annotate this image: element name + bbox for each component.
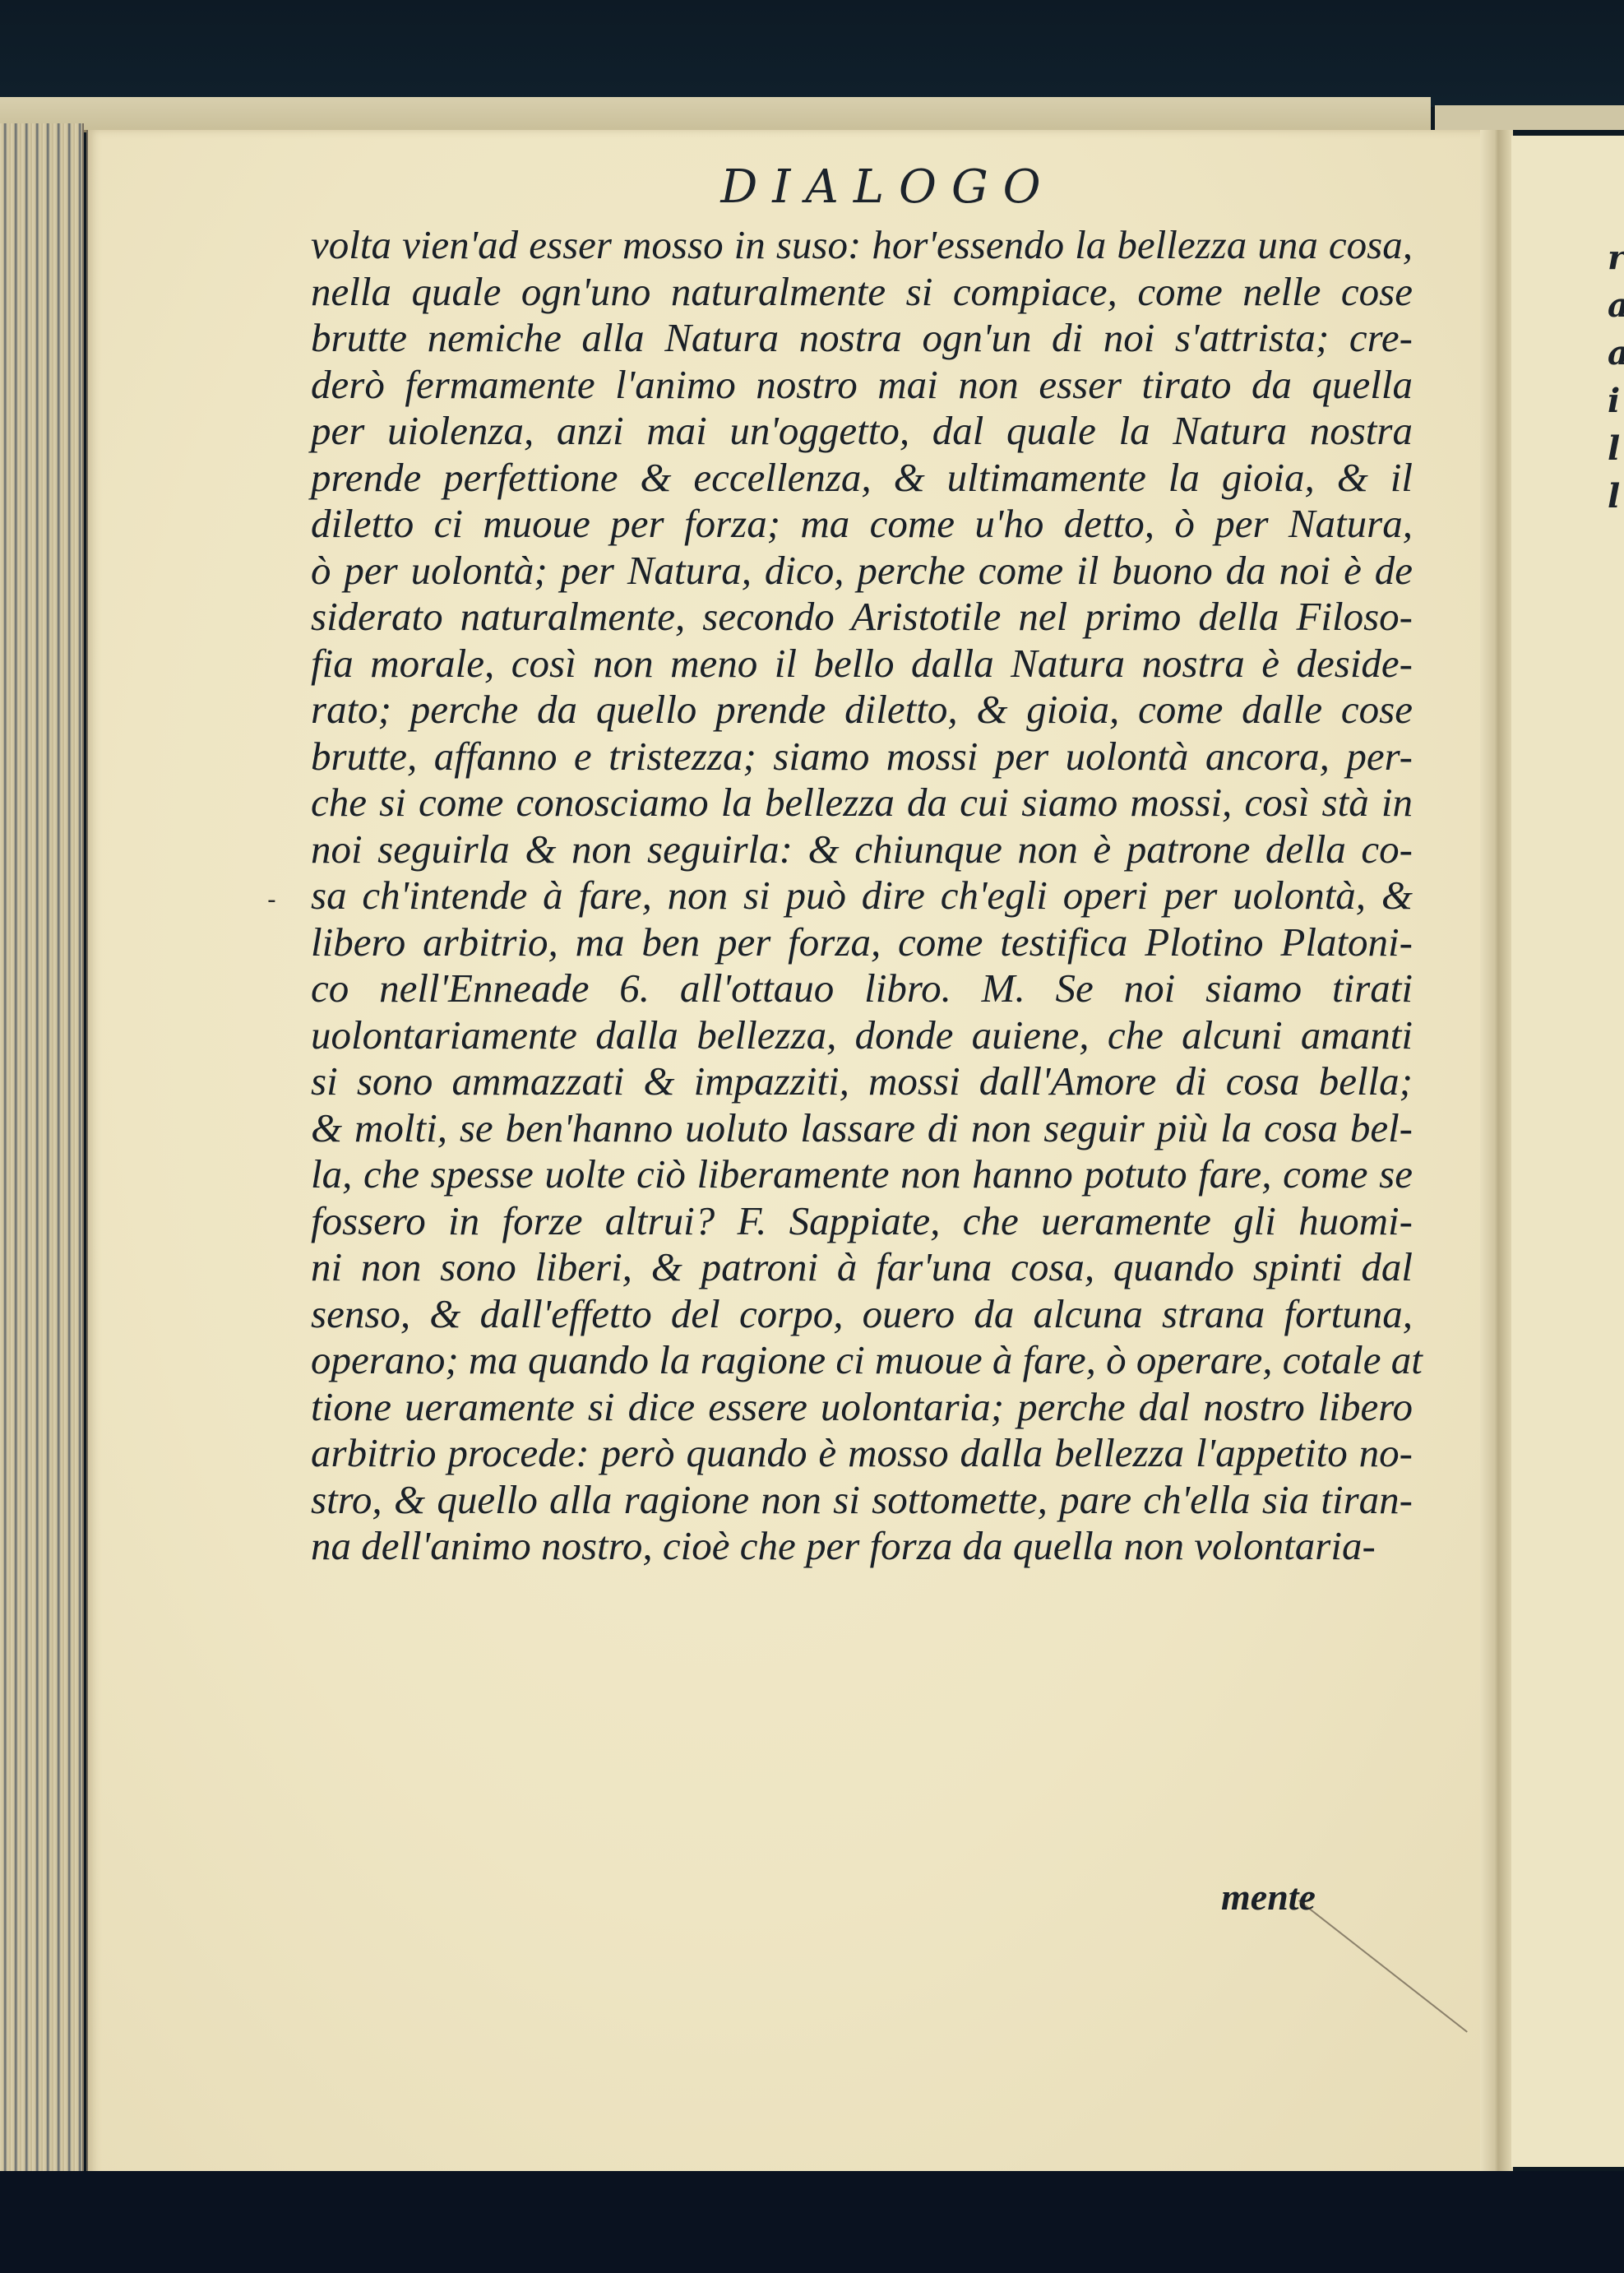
text-line: volta vien'ad esser mosso in suso: hor'e… <box>311 222 1413 269</box>
running-head: DIALOGO <box>674 160 1102 214</box>
text-line: la, che spesse uolte ciò liberamente non… <box>311 1151 1413 1198</box>
text-line: arbitrio procede: però quando è mosso da… <box>311 1430 1413 1477</box>
scanner-backdrop-bottom <box>0 2171 1624 2273</box>
scanner-backdrop-top <box>0 0 1624 107</box>
text-line: senso, & dall'effetto del corpo, ouero d… <box>311 1291 1413 1338</box>
text-line: che si come conosciamo la bellezza da cu… <box>311 780 1413 826</box>
text-line: brutte nemiche alla Natura nostra ogn'un… <box>311 315 1413 362</box>
page-edges-stack <box>0 123 84 2179</box>
text-line: tione ueramente si dice essere uolontari… <box>311 1384 1413 1431</box>
text-line: siderato naturalmente, secondo Aristotil… <box>311 594 1413 641</box>
text-line: diletto ci muoue per forza; ma come u'ho… <box>311 501 1413 548</box>
text-line: ò per uolontà; per Natura, dico, perche … <box>311 548 1413 595</box>
text-line: stro, & quello alla ragione non si sotto… <box>311 1477 1413 1524</box>
text-line: derò fermamente l'animo nostro mai non e… <box>311 362 1413 409</box>
text-line: rato; perche da quello prende diletto, &… <box>311 687 1413 734</box>
text-line: uolontariamente dalla bellezza, donde au… <box>311 1012 1413 1059</box>
text-line: si sono ammazzati & impazziti, mossi dal… <box>311 1058 1413 1105</box>
text-line: ni non sono liberi, & patroni à far'una … <box>311 1244 1413 1291</box>
text-line: fia morale, così non meno il bello dalla… <box>311 641 1413 687</box>
text-line: nella quale ogn'uno naturalmente si comp… <box>311 269 1413 316</box>
text-line: per uiolenza, anzi mai un'oggetto, dal q… <box>311 408 1413 455</box>
right-page-text-fragments: r a a i l l <box>1608 234 1624 521</box>
text-line: na dell'animo nostro, cioè che per forza… <box>311 1523 1413 1570</box>
text-line: brutte, affanno e tristezza; siamo mossi… <box>311 734 1413 780</box>
margin-mark: - <box>267 888 276 913</box>
text-line: co nell'Enneade 6. all'ottauo libro. M. … <box>311 965 1413 1012</box>
text-line: fossero in forze altrui? F. Sappiate, ch… <box>311 1198 1413 1245</box>
book-cover-top-edge-right <box>1435 105 1624 130</box>
text-line: & molti, se ben'hanno uoluto lassare di … <box>311 1105 1413 1152</box>
page-body-text: volta vien'ad esser mosso in suso: hor'e… <box>311 222 1413 1570</box>
book-cover-top-edge <box>0 97 1431 132</box>
text-line: prende perfettione & eccellenza, & ultim… <box>311 455 1413 502</box>
text-line: sa ch'intende à fare, non si può dire ch… <box>311 873 1413 919</box>
text-line: noi seguirla & non seguirla: & chiunque … <box>311 826 1413 873</box>
text-line: operano; ma quando la ragione ci muoue à… <box>311 1337 1413 1384</box>
book-gutter-fold <box>1480 130 1513 2186</box>
text-line: libero arbitrio, ma ben per forza, come … <box>311 919 1413 966</box>
